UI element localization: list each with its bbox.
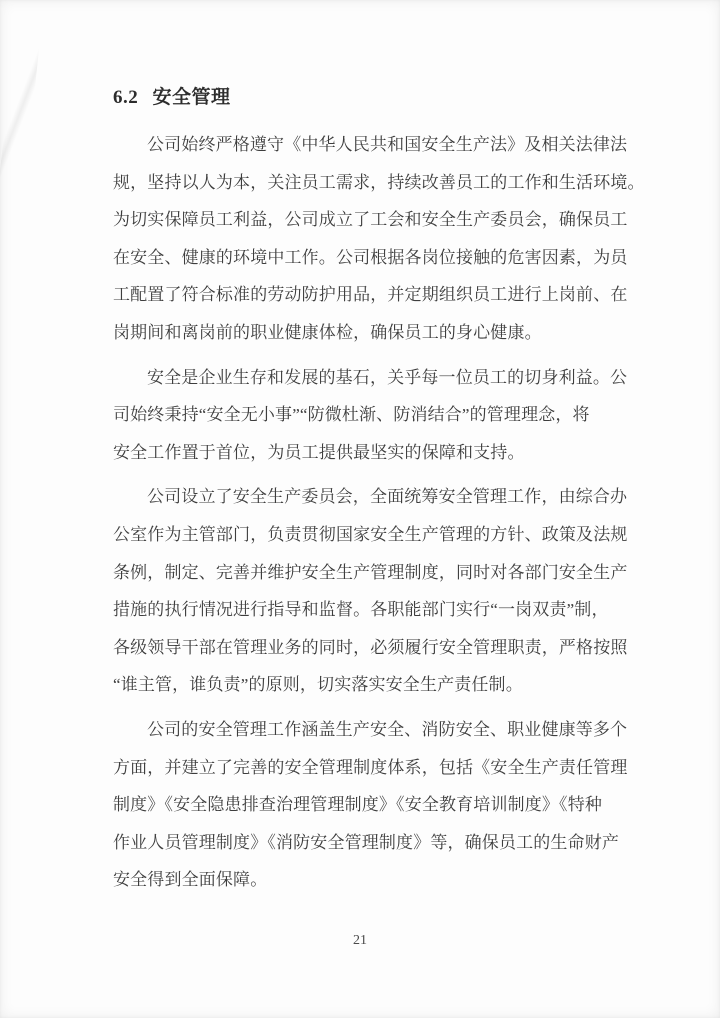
text-line: 条例，制定、完善并维护安全生产管理制度，同时对各部门安全生产: [113, 554, 627, 592]
text-line: 司始终秉持“安全无小事”“防微杜渐、防消结合”的管理理念，将: [113, 396, 627, 434]
text-line: 措施的执行情况进行指导和监督。各职能部门实行“一岗双责”制，: [113, 591, 627, 629]
paragraph-1: 公司始终严格遵守《中华人民共和国安全生产法》及相关法律法规，坚持以人为本，关注员…: [113, 126, 627, 352]
section-number: 6.2: [113, 87, 138, 108]
text-line: 安全得到全面保障。: [113, 861, 627, 899]
text-line: 方面，并建立了完善的安全管理制度体系，包括《安全生产责任管理: [113, 749, 627, 787]
paragraph-2: 安全是企业生存和发展的基石，关乎每一位员工的切身利益。公司始终秉持“安全无小事”…: [113, 359, 627, 472]
text-line: 制度》《安全隐患排查治理管理制度》《安全教育培训制度》《特种: [113, 786, 627, 824]
section-heading: 6.2 安全管理: [113, 86, 627, 110]
text-line: 公司的安全管理工作涵盖生产安全、消防安全、职业健康等多个: [113, 711, 627, 749]
text-line: 岗期间和离岗前的职业健康体检，确保员工的身心健康。: [113, 314, 627, 352]
text-line: 在安全、健康的环境中工作。公司根据各岗位接触的危害因素，为员: [113, 239, 627, 277]
text-line: 公司始终严格遵守《中华人民共和国安全生产法》及相关法律法: [113, 126, 627, 164]
text-line: “谁主管，谁负责”的原则，切实落实安全生产责任制。: [113, 666, 627, 704]
text-line: 各级领导干部在管理业务的同时，必须履行安全管理职责，严格按照: [113, 629, 627, 667]
paragraph-3: 公司设立了安全生产委员会，全面统筹安全管理工作，由综合办公室作为主管部门，负责贯…: [113, 478, 627, 704]
text-line: 工配置了符合标准的劳动防护用品，并定期组织员工进行上岗前、在: [113, 276, 627, 314]
page-number: 21: [0, 933, 720, 949]
text-line: 为切实保障员工利益，公司成立了工会和安全生产委员会，确保员工: [113, 201, 627, 239]
text-line: 作业人员管理制度》《消防安全管理制度》等，确保员工的生命财产: [113, 824, 627, 862]
text-line: 安全是企业生存和发展的基石，关乎每一位员工的切身利益。公: [113, 359, 627, 397]
text-line: 规，坚持以人为本，关注员工需求，持续改善员工的工作和生活环境。: [113, 164, 627, 202]
paragraph-4: 公司的安全管理工作涵盖生产安全、消防安全、职业健康等多个方面，并建立了完善的安全…: [113, 711, 627, 899]
document-page: 6.2 安全管理 公司始终严格遵守《中华人民共和国安全生产法》及相关法律法规，坚…: [0, 0, 720, 1018]
text-line: 安全工作置于首位，为员工提供最坚实的保障和支持。: [113, 434, 627, 472]
document-content: 6.2 安全管理 公司始终严格遵守《中华人民共和国安全生产法》及相关法律法规，坚…: [113, 86, 627, 906]
text-line: 公司设立了安全生产委员会，全面统筹安全管理工作，由综合办: [113, 478, 627, 516]
section-title: 安全管理: [153, 87, 231, 108]
text-line: 公室作为主管部门，负责贯彻国家安全生产管理的方针、政策及法规: [113, 516, 627, 554]
